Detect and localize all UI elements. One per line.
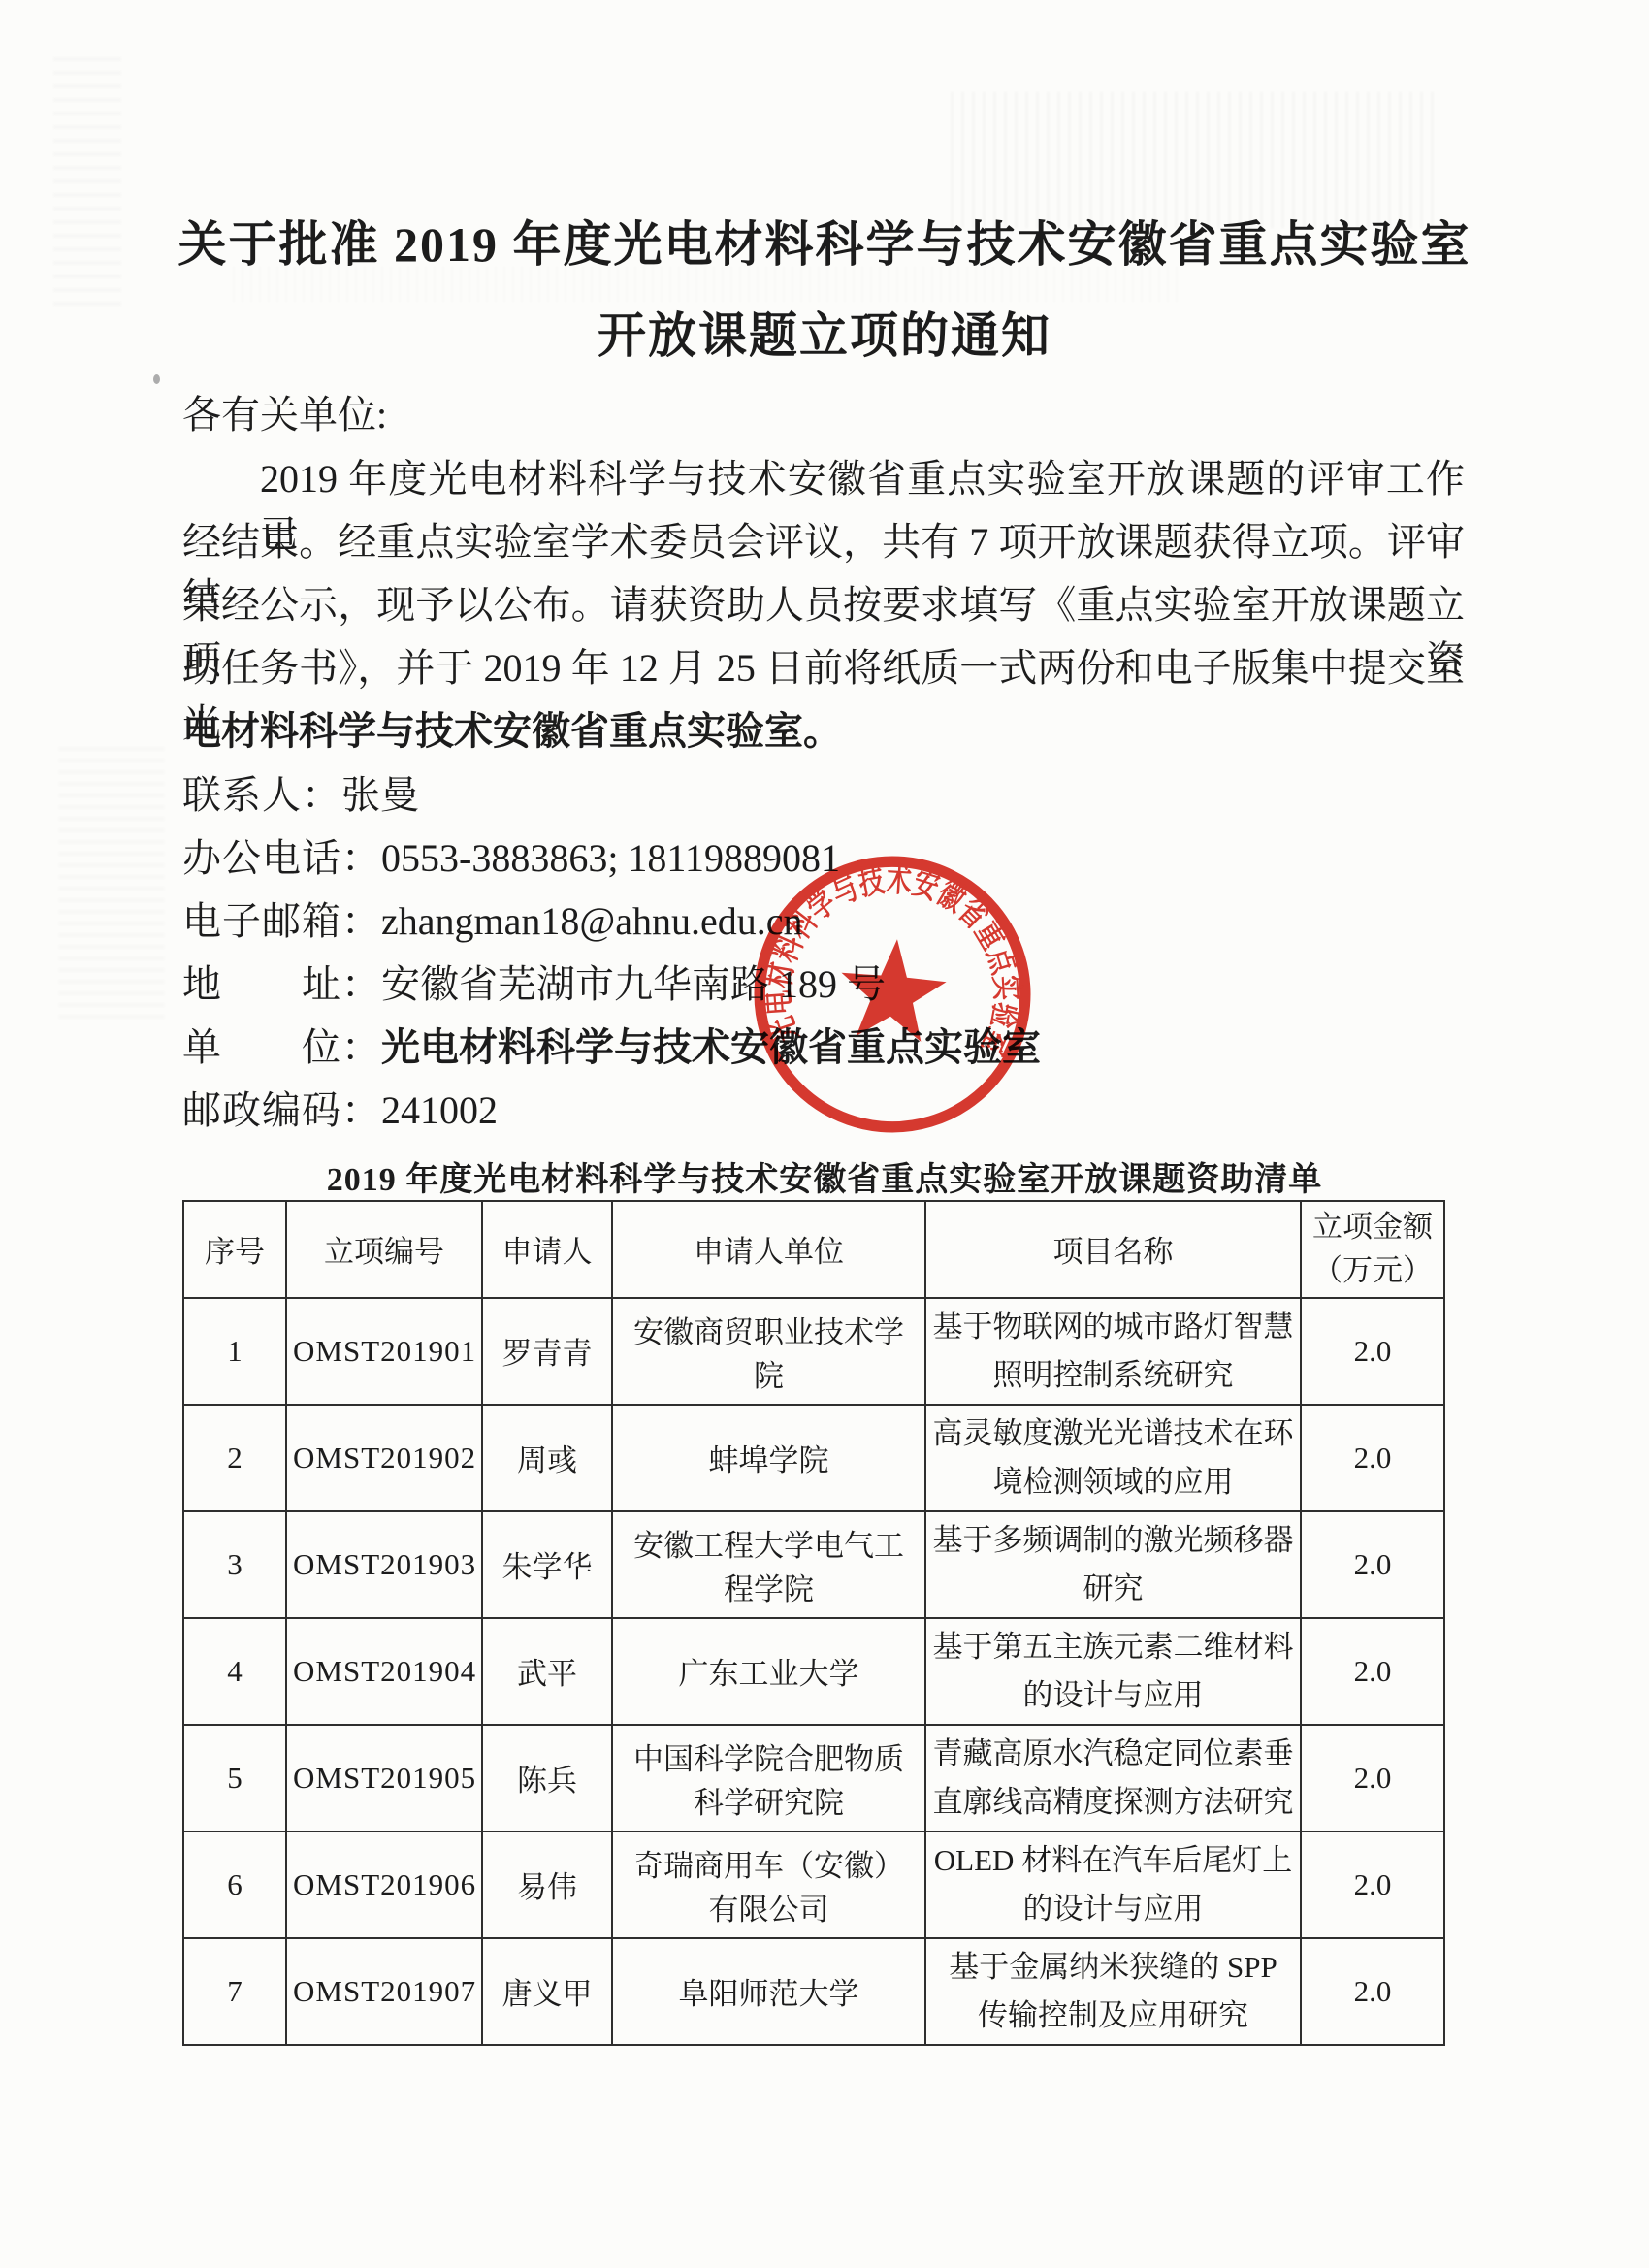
scanned-notice-page: 关于批准 2019 年度光电材料科学与技术安徽省重点实验室 开放课题立项的通知 … xyxy=(0,0,1649,2268)
table-row: 6 OMST201906 易伟 奇瑞商用车（安徽）有限公司 OLED 材料在汽车… xyxy=(183,1831,1444,1938)
unit-label: 单 位： xyxy=(182,1025,381,1069)
cell-applicant: 武平 xyxy=(482,1618,612,1725)
cell-applicant: 朱学华 xyxy=(482,1511,612,1618)
cell-code: OMST201906 xyxy=(286,1831,482,1938)
cell-applicant: 罗青青 xyxy=(482,1298,612,1405)
col-header-code: 立项编号 xyxy=(286,1201,482,1298)
cell-amount: 2.0 xyxy=(1301,1405,1444,1511)
col-header-amount: 立项金额 （万元） xyxy=(1301,1201,1444,1298)
seal-star-icon xyxy=(836,934,950,1043)
cell-unit: 广东工业大学 xyxy=(612,1618,925,1725)
document-title-line2: 开放课题立项的通知 xyxy=(0,297,1649,367)
table-row: 2 OMST201902 周彧 蚌埠学院 高灵敏度激光光谱技术在环境检测领域的应… xyxy=(183,1405,1444,1511)
cell-code: OMST201907 xyxy=(286,1938,482,2045)
contact-person-line: 联系人：张曼 xyxy=(182,764,1465,820)
cell-no: 2 xyxy=(183,1405,286,1511)
cell-code: OMST201904 xyxy=(286,1618,482,1725)
table-header-row: 序号 立项编号 申请人 申请人单位 项目名称 立项金额 （万元） xyxy=(183,1201,1444,1298)
body-line: 电材料科学与技术安徽省重点实验室。 xyxy=(182,700,1465,756)
postal-code-value: 241002 xyxy=(381,1088,498,1132)
cell-unit: 安徽商贸职业技术学院 xyxy=(612,1298,925,1405)
office-phone-label: 办公电话： xyxy=(182,836,381,880)
cell-code: OMST201902 xyxy=(286,1405,482,1511)
table-row: 3 OMST201903 朱学华 安徽工程大学电气工程学院 基于多频调制的激光频… xyxy=(183,1511,1444,1618)
cell-amount: 2.0 xyxy=(1301,1618,1444,1725)
grant-table: 序号 立项编号 申请人 申请人单位 项目名称 立项金额 （万元） 1 OMST2… xyxy=(182,1200,1445,2046)
cell-no: 3 xyxy=(183,1511,286,1618)
cell-unit: 阜阳师范大学 xyxy=(612,1938,925,2045)
cell-no: 5 xyxy=(183,1725,286,1831)
cell-unit: 蚌埠学院 xyxy=(612,1405,925,1511)
cell-project: 青藏高原水汽稳定同位素垂直廓线高精度探测方法研究 xyxy=(925,1725,1301,1831)
cell-applicant: 易伟 xyxy=(482,1831,612,1938)
cell-project: 高灵敏度激光光谱技术在环境检测领域的应用 xyxy=(925,1405,1301,1511)
cell-applicant: 陈兵 xyxy=(482,1725,612,1831)
table-row: 7 OMST201907 唐义甲 阜阳师范大学 基于金属纳米狭缝的 SPP 传输… xyxy=(183,1938,1444,2045)
col-header-applicant: 申请人 xyxy=(482,1201,612,1298)
email-label: 电子邮箱： xyxy=(182,899,381,943)
cell-code: OMST201901 xyxy=(286,1298,482,1405)
cell-no: 1 xyxy=(183,1298,286,1405)
cell-project: 基于金属纳米狭缝的 SPP 传输控制及应用研究 xyxy=(925,1938,1301,2045)
cell-amount: 2.0 xyxy=(1301,1938,1444,2045)
postal-code-label: 邮政编码： xyxy=(182,1088,381,1132)
cell-code: OMST201905 xyxy=(286,1725,482,1831)
col-header-no: 序号 xyxy=(183,1201,286,1298)
salutation: 各有关单位: xyxy=(182,384,1465,439)
cell-amount: 2.0 xyxy=(1301,1511,1444,1618)
cell-project: 基于物联网的城市路灯智慧照明控制系统研究 xyxy=(925,1298,1301,1405)
cell-unit: 安徽工程大学电气工程学院 xyxy=(612,1511,925,1618)
email-value: zhangman18@ahnu.edu.cn xyxy=(381,899,802,943)
document-title-line1: 关于批准 2019 年度光电材料科学与技术安徽省重点实验室 xyxy=(0,206,1649,275)
contact-person-value: 张曼 xyxy=(341,773,419,817)
table-row: 5 OMST201905 陈兵 中国科学院合肥物质科学研究院 青藏高原水汽稳定同… xyxy=(183,1725,1444,1831)
cell-amount: 2.0 xyxy=(1301,1298,1444,1405)
official-seal: 光电材料科学与技术安徽省重点实验室 xyxy=(732,834,1051,1153)
cell-project: 基于第五主族元素二维材料的设计与应用 xyxy=(925,1618,1301,1725)
scan-artifact xyxy=(58,747,165,1019)
cell-applicant: 唐义甲 xyxy=(482,1938,612,2045)
cell-amount: 2.0 xyxy=(1301,1725,1444,1831)
cell-project: 基于多频调制的激光频移器研究 xyxy=(925,1511,1301,1618)
cell-applicant: 周彧 xyxy=(482,1405,612,1511)
cell-unit: 奇瑞商用车（安徽）有限公司 xyxy=(612,1831,925,1938)
table-row: 1 OMST201901 罗青青 安徽商贸职业技术学院 基于物联网的城市路灯智慧… xyxy=(183,1298,1444,1405)
scan-artifact xyxy=(153,374,160,384)
table-row: 4 OMST201904 武平 广东工业大学 基于第五主族元素二维材料的设计与应… xyxy=(183,1618,1444,1725)
cell-no: 4 xyxy=(183,1618,286,1725)
cell-unit: 中国科学院合肥物质科学研究院 xyxy=(612,1725,925,1831)
cell-project: OLED 材料在汽车后尾灯上的设计与应用 xyxy=(925,1831,1301,1938)
table-caption: 2019 年度光电材料科学与技术安徽省重点实验室开放课题资助清单 xyxy=(0,1152,1649,1200)
address-label: 地 址： xyxy=(182,962,381,1006)
cell-amount: 2.0 xyxy=(1301,1831,1444,1938)
col-header-amount-line2: （万元） xyxy=(1308,1249,1438,1293)
col-header-amount-line1: 立项金额 xyxy=(1308,1206,1438,1249)
cell-no: 6 xyxy=(183,1831,286,1938)
col-header-unit: 申请人单位 xyxy=(612,1201,925,1298)
cell-code: OMST201903 xyxy=(286,1511,482,1618)
col-header-project: 项目名称 xyxy=(925,1201,1301,1298)
contact-person-label: 联系人： xyxy=(182,773,341,817)
cell-no: 7 xyxy=(183,1938,286,2045)
